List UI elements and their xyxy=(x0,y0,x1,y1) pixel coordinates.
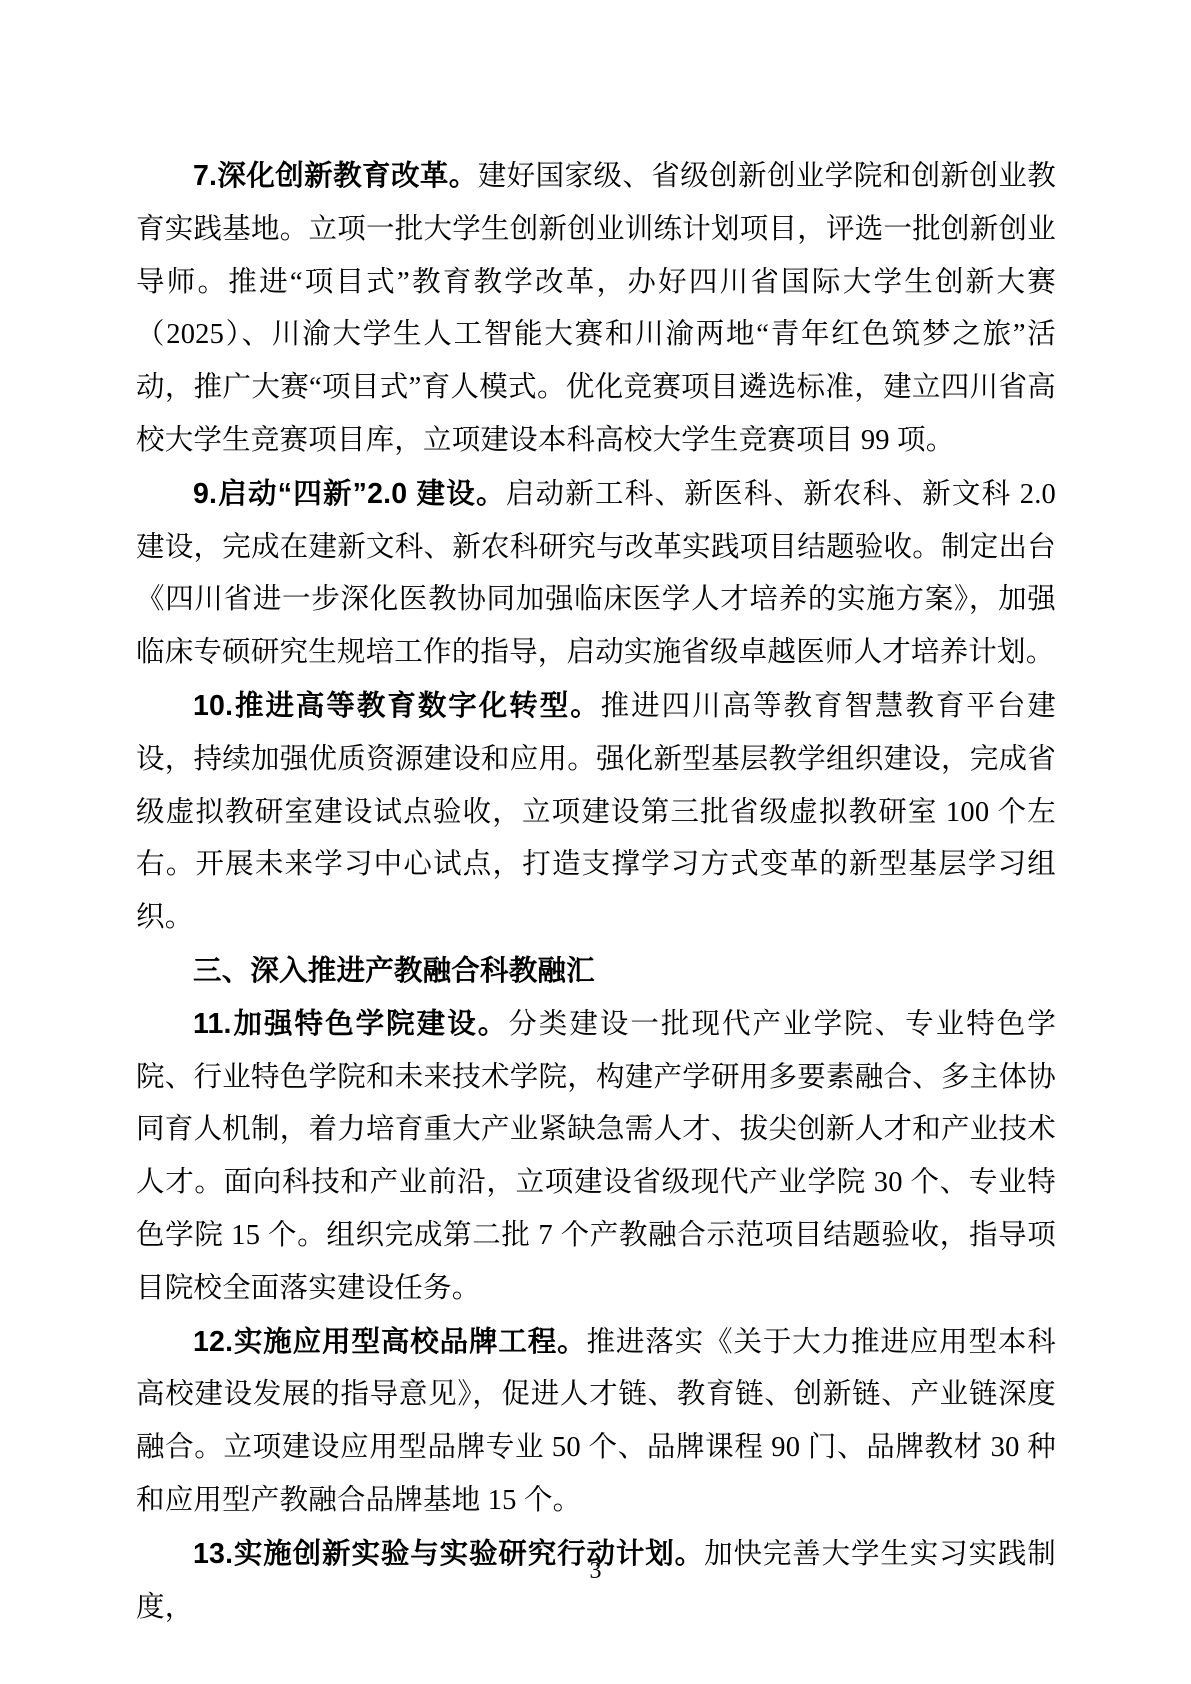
paragraph-7: 7.深化创新教育改革。建好国家级、省级创新创业学院和创新创业教育实践基地。立项一… xyxy=(136,150,1056,468)
paragraph-9-lead: 9.启动“四新”2.0 建设。 xyxy=(193,478,506,510)
paragraph-12: 12.实施应用型高校品牌工程。推进落实《关于大力推进应用型本科高校建设发展的指导… xyxy=(136,1316,1056,1528)
paragraph-11: 11.加强特色学院建设。分类建设一批现代产业学院、专业特色学院、行业特色学院和未… xyxy=(136,998,1056,1316)
paragraph-11-text: 分类建设一批现代产业学院、专业特色学院、行业特色学院和未来技术学院，构建产学研用… xyxy=(136,1009,1056,1304)
paragraph-7-lead: 7.深化创新教育改革。 xyxy=(193,160,478,192)
paragraph-9: 9.启动“四新”2.0 建设。启动新工科、新医科、新农科、新文科 2.0 建设，… xyxy=(136,468,1056,680)
paragraph-12-lead: 12.实施应用型高校品牌工程。 xyxy=(193,1326,587,1358)
document-page: 7.深化创新教育改革。建好国家级、省级创新创业学院和创新创业教育实践基地。立项一… xyxy=(0,0,1191,1684)
paragraph-10-text: 推进四川高等教育智慧教育平台建设，持续加强优质资源建设和应用。强化新型基层教学组… xyxy=(136,691,1056,933)
document-body: 7.深化创新教育改革。建好国家级、省级创新创业学院和创新创业教育实践基地。立项一… xyxy=(136,150,1056,1634)
paragraph-11-lead: 11.加强特色学院建设。 xyxy=(193,1008,508,1040)
paragraph-10: 10.推进高等教育数字化转型。推进四川高等教育智慧教育平台建设，持续加强优质资源… xyxy=(136,680,1056,945)
paragraph-7-text: 建好国家级、省级创新创业学院和创新创业教育实践基地。立项一批大学生创新创业训练计… xyxy=(136,161,1056,456)
section-heading-3-text: 三、深入推进产教融合科教融汇 xyxy=(193,955,595,987)
page-number: 3 xyxy=(0,1556,1191,1586)
paragraph-10-lead: 10.推进高等教育数字化转型。 xyxy=(193,690,601,722)
section-heading-3: 三、深入推进产教融合科教融汇 xyxy=(136,945,1056,998)
